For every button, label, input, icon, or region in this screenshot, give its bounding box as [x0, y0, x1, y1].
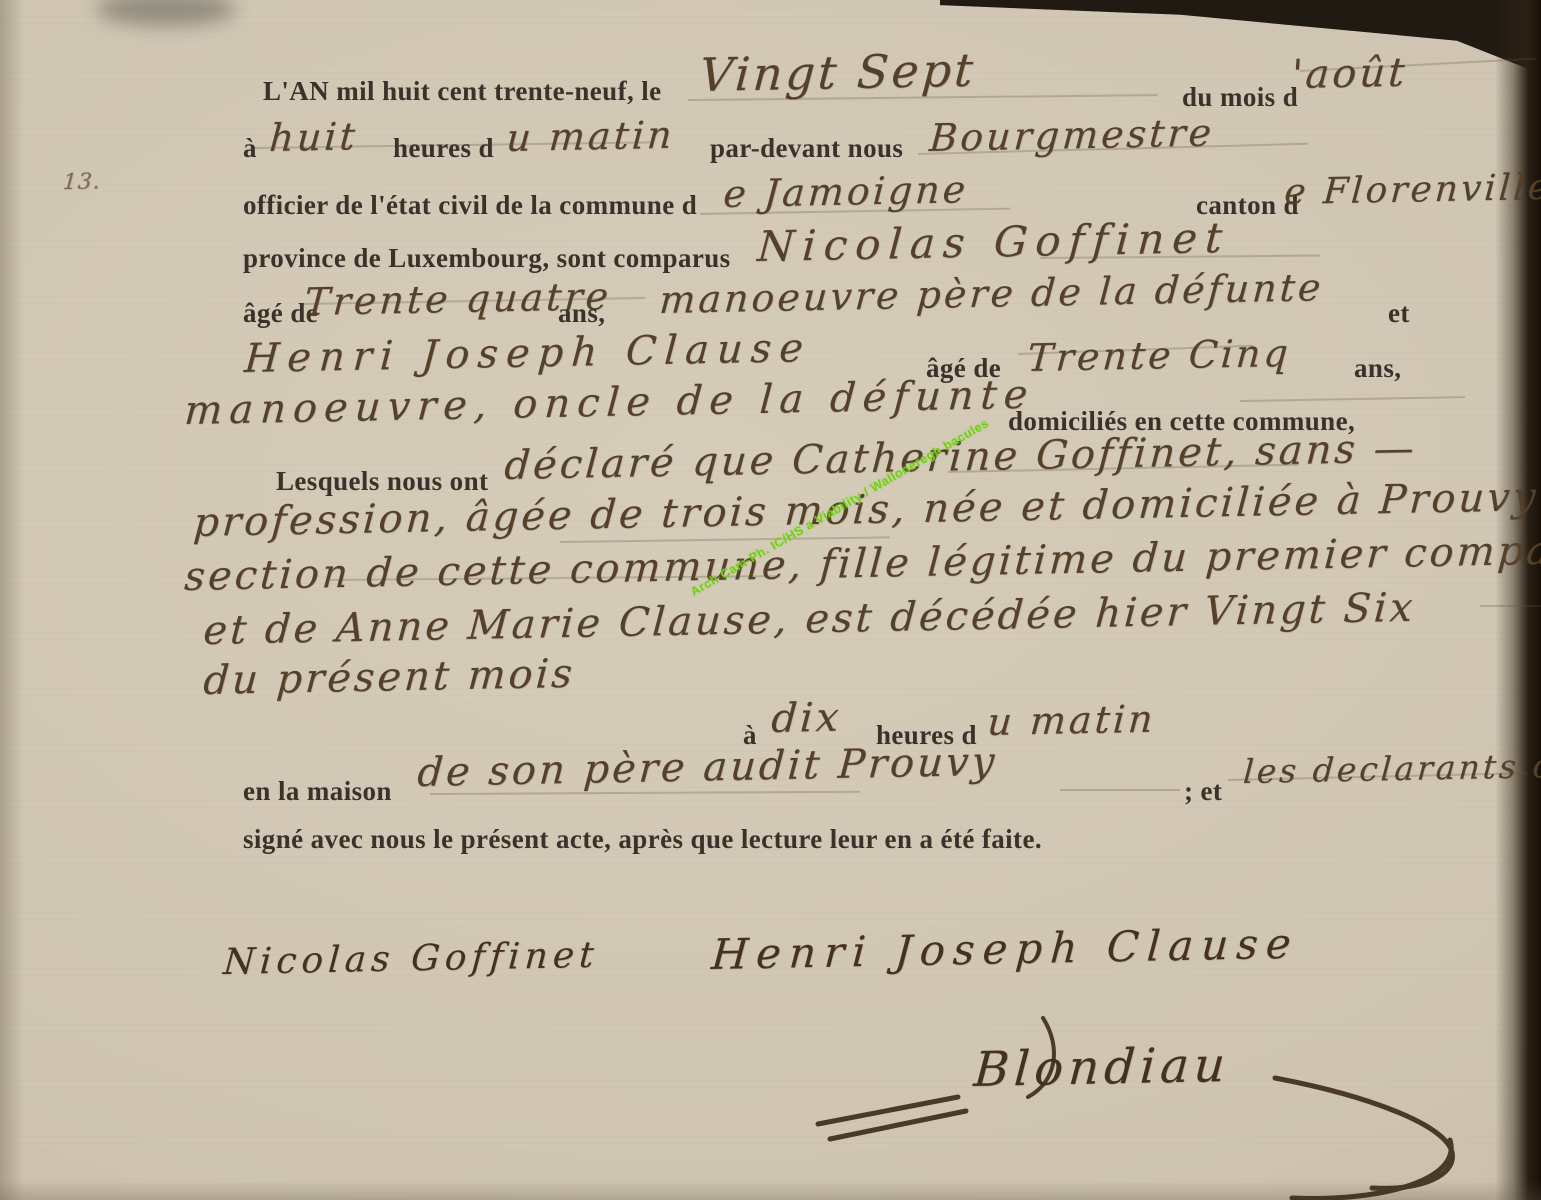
- printed-province-comparus: province de Luxembourg, sont comparus: [243, 243, 731, 274]
- printed-year-prefix: L'AN mil huit cent trente-neuf, le: [263, 76, 662, 107]
- page-edge-shadow-left: [0, 0, 24, 1200]
- entry-official-title: Bourgmestre: [928, 110, 1216, 160]
- entry-day: Vingt Sept: [698, 43, 978, 102]
- signature-declarant-2: Henri Joseph Clause: [710, 919, 1301, 979]
- entry-commune: e Jamoigne: [722, 167, 970, 216]
- printed-lesquels: Lesquels nous ont: [276, 466, 488, 497]
- death-record-scan: 13. L'AN mil huit cent trente-neuf, le V…: [0, 0, 1541, 1200]
- printed-commune-prefix: officier de l'état civil de la commune d: [243, 190, 697, 221]
- signature-officer: Blondiau: [972, 1037, 1232, 1098]
- faint-rule: [1060, 789, 1180, 791]
- entry-declarant-2-occupation: manoeuvre, oncle de la défunte: [183, 372, 1036, 434]
- printed-par-devant-nous: par-devant nous: [710, 133, 903, 164]
- entry-month: 'août: [1290, 50, 1409, 98]
- printed-ans-1: ans,: [558, 298, 605, 329]
- printed-ans-2: ans,: [1354, 353, 1401, 384]
- printed-closing: signé avec nous le présent acte, après q…: [243, 824, 1042, 855]
- entry-time-of-day: u matin: [505, 113, 676, 160]
- printed-heures-d: heures d: [393, 133, 494, 164]
- entry-declarant-1-occupation: manoeuvre père de la défunte: [658, 265, 1325, 322]
- entry-declarant-1-name: Nicolas Goffinet: [756, 213, 1232, 271]
- entry-death-place: de son père audit Prouvy: [416, 739, 999, 796]
- entry-signers-note: les declarants ont: [1242, 745, 1541, 791]
- entry-declaration-5: du présent mois: [202, 651, 577, 704]
- printed-en-la-maison: en la maison: [243, 776, 392, 807]
- entry-death-hour: dix: [770, 695, 843, 742]
- entry-declarant-2-name: Henri Joseph Clause: [243, 325, 813, 382]
- printed-month-prefix: du mois d: [1182, 82, 1298, 113]
- margin-act-number: 13.: [62, 169, 102, 195]
- signature-declarant-1: Nicolas Goffinet: [222, 935, 600, 983]
- entry-declarant-2-age: Trente Cinq: [1026, 331, 1292, 380]
- entry-hour: huit: [268, 114, 359, 160]
- printed-et-2: ; et: [1184, 776, 1222, 807]
- faint-rule: [1240, 396, 1465, 402]
- page-edge-shadow-bottom: [0, 1180, 1541, 1200]
- scan-smudge: [96, 0, 236, 26]
- faint-rule: [1480, 605, 1541, 607]
- entry-canton: e Florenville: [1283, 167, 1541, 213]
- printed-et: et: [1388, 298, 1410, 329]
- printed-at: à: [243, 133, 257, 164]
- entry-death-time-of-day: u matin: [986, 697, 1157, 744]
